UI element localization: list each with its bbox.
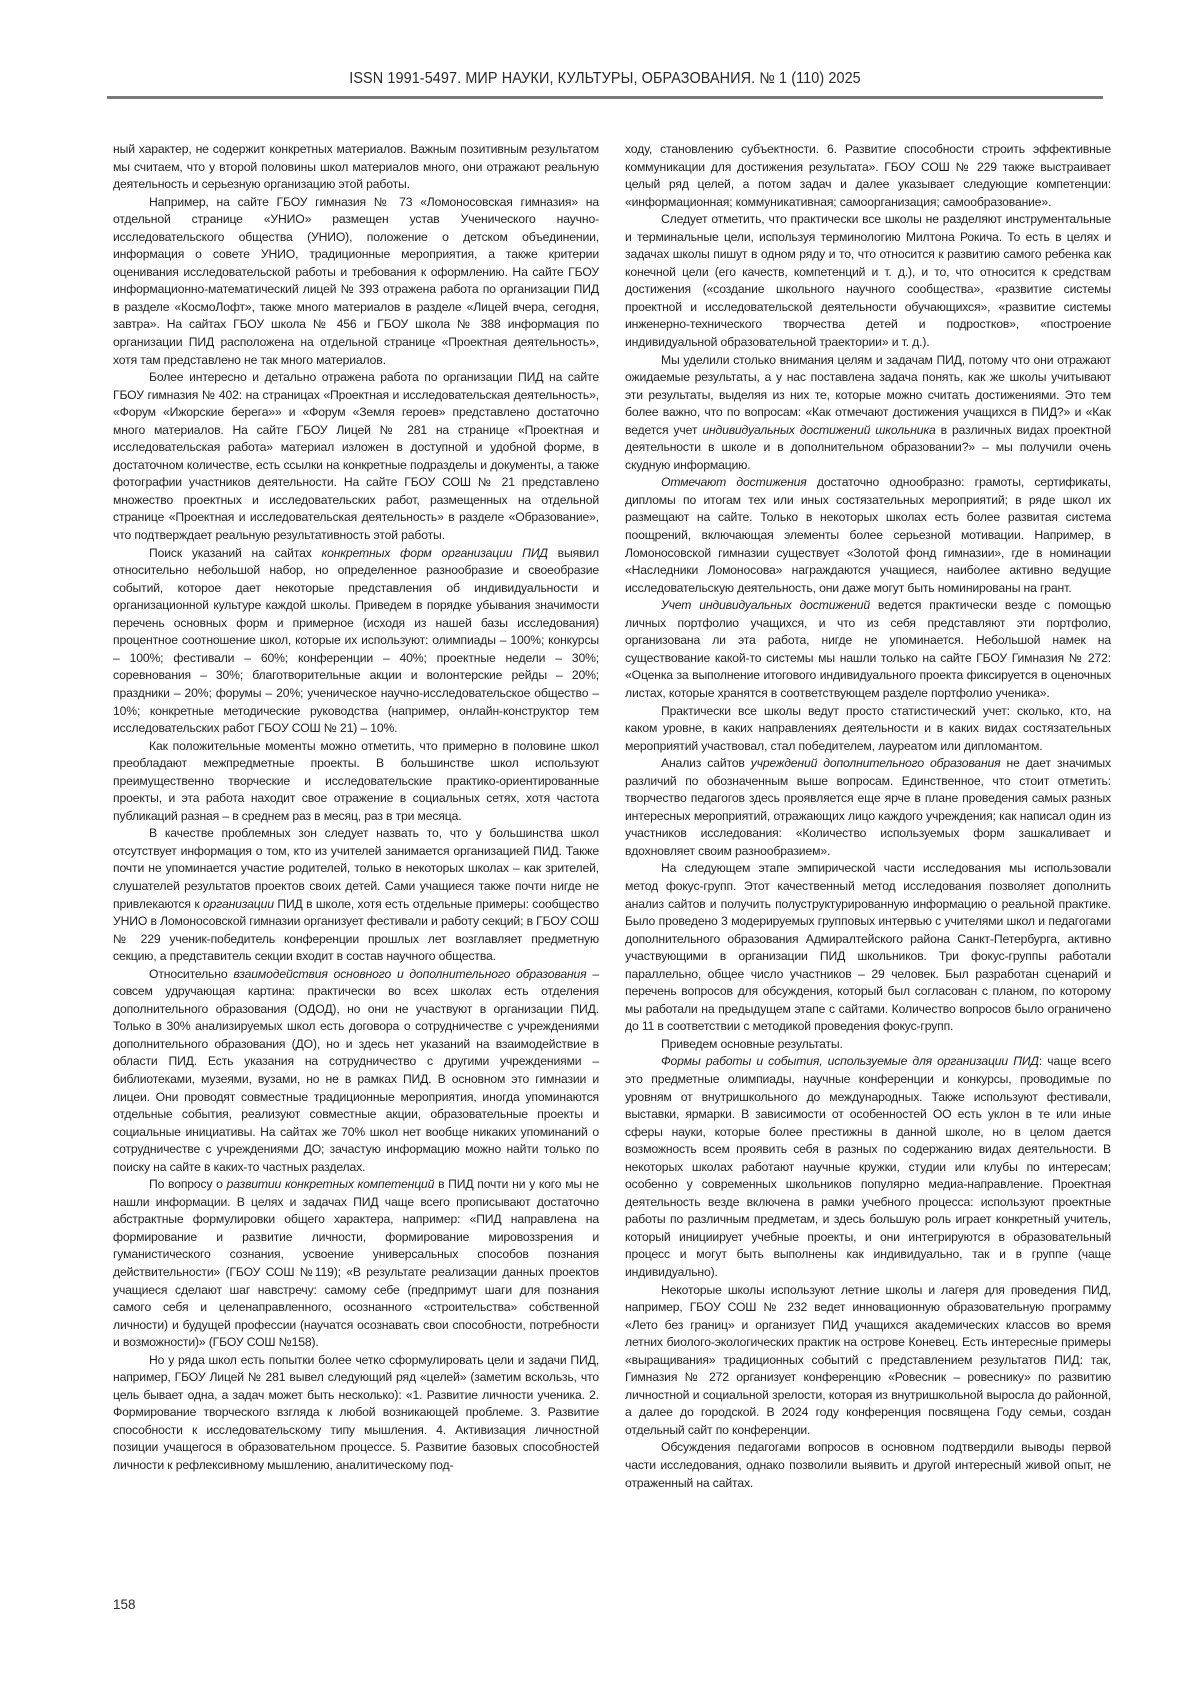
emphasis-text: конкретных форм организации ПИД xyxy=(321,546,547,560)
emphasis-text: развитии конкретных компетенций xyxy=(227,1177,435,1191)
text-run: ведется практически везде с помощью личн… xyxy=(625,598,1111,700)
paragraph: Более интересно и детально отражена рабо… xyxy=(113,369,599,544)
text-run: выявил относительно небольшой набор, но … xyxy=(113,546,599,735)
paragraph: Приведем основные результаты. xyxy=(625,1036,1111,1054)
text-run: Анализ сайтов xyxy=(661,756,751,770)
paragraph: Как положительные моменты можно отметить… xyxy=(113,738,599,826)
emphasis-text: организации xyxy=(203,897,274,911)
emphasis-text: учреждений дополнительного образования xyxy=(751,756,1001,770)
paragraph: Учет индивидуальных достижений ведется п… xyxy=(625,597,1111,702)
emphasis-text: Отмечают достижения xyxy=(661,475,807,489)
paragraph: Анализ сайтов учреждений дополнительного… xyxy=(625,755,1111,860)
text-run: Относительно xyxy=(149,967,233,981)
text-run: не дает значимых различий по обозначенны… xyxy=(625,756,1111,858)
text-run: По вопросу о xyxy=(149,1177,227,1191)
text-run: в ПИД почти ни у кого мы не нашли информ… xyxy=(113,1177,599,1349)
emphasis-text: индивидуальных достижений школьника xyxy=(702,423,935,437)
paragraph: ный характер, не содержит конкретных мат… xyxy=(113,141,599,194)
paragraph: В качестве проблемных зон следует назват… xyxy=(113,825,599,965)
running-header: ISSN 1991-5497. МИР НАУКИ, КУЛЬТУРЫ, ОБР… xyxy=(107,70,1103,88)
paragraph: ходу, становлению субъектности. 6. Разви… xyxy=(625,141,1111,211)
text-run: – совсем удручающая картина: практически… xyxy=(113,967,599,1174)
journal-header-title: ISSN 1991-5497. МИР НАУКИ, КУЛЬТУРЫ, ОБР… xyxy=(349,70,861,88)
paragraph: Отмечают достижения достаточно однообраз… xyxy=(625,474,1111,597)
paragraph: По вопросу о развитии конкретных компете… xyxy=(113,1176,599,1351)
text-run: достаточно однообразно: грамоты, сертифи… xyxy=(625,475,1111,594)
paragraph: На следующем этапе эмпирической части ис… xyxy=(625,860,1111,1035)
paragraph: Относительно взаимодействия основного и … xyxy=(113,966,599,1177)
paragraph: Формы работы и события, используемые для… xyxy=(625,1053,1111,1281)
emphasis-text: Учет индивидуальных достижений xyxy=(661,598,870,612)
paragraph: Практически все школы ведут просто стати… xyxy=(625,703,1111,756)
left-column: ный характер, не содержит конкретных мат… xyxy=(113,141,599,1475)
paragraph: Следует отметить, что практически все шк… xyxy=(625,211,1111,351)
page-number: 158 xyxy=(113,1597,136,1612)
emphasis-text: взаимодействия основного и дополнительно… xyxy=(233,967,586,981)
header-divider xyxy=(107,96,1103,99)
paragraph: Некоторые школы используют летние школы … xyxy=(625,1282,1111,1440)
paragraph: Поиск указаний на сайтах конкретных форм… xyxy=(113,545,599,738)
text-run: Поиск указаний на сайтах xyxy=(149,546,321,560)
right-column: ходу, становлению субъектности. 6. Разви… xyxy=(625,141,1111,1492)
emphasis-text: Формы работы и события, используемые для… xyxy=(661,1054,1039,1068)
paragraph: Например, на сайте ГБОУ гимназия № 73 «Л… xyxy=(113,194,599,369)
paragraph: Обсуждения педагогами вопросов в основно… xyxy=(625,1439,1111,1492)
text-run: : чаще всего это предметные олимпиады, н… xyxy=(625,1054,1111,1279)
paragraph: Мы уделили столько внимания целям и зада… xyxy=(625,352,1111,475)
paragraph: Но у ряда школ есть попытки более четко … xyxy=(113,1352,599,1475)
